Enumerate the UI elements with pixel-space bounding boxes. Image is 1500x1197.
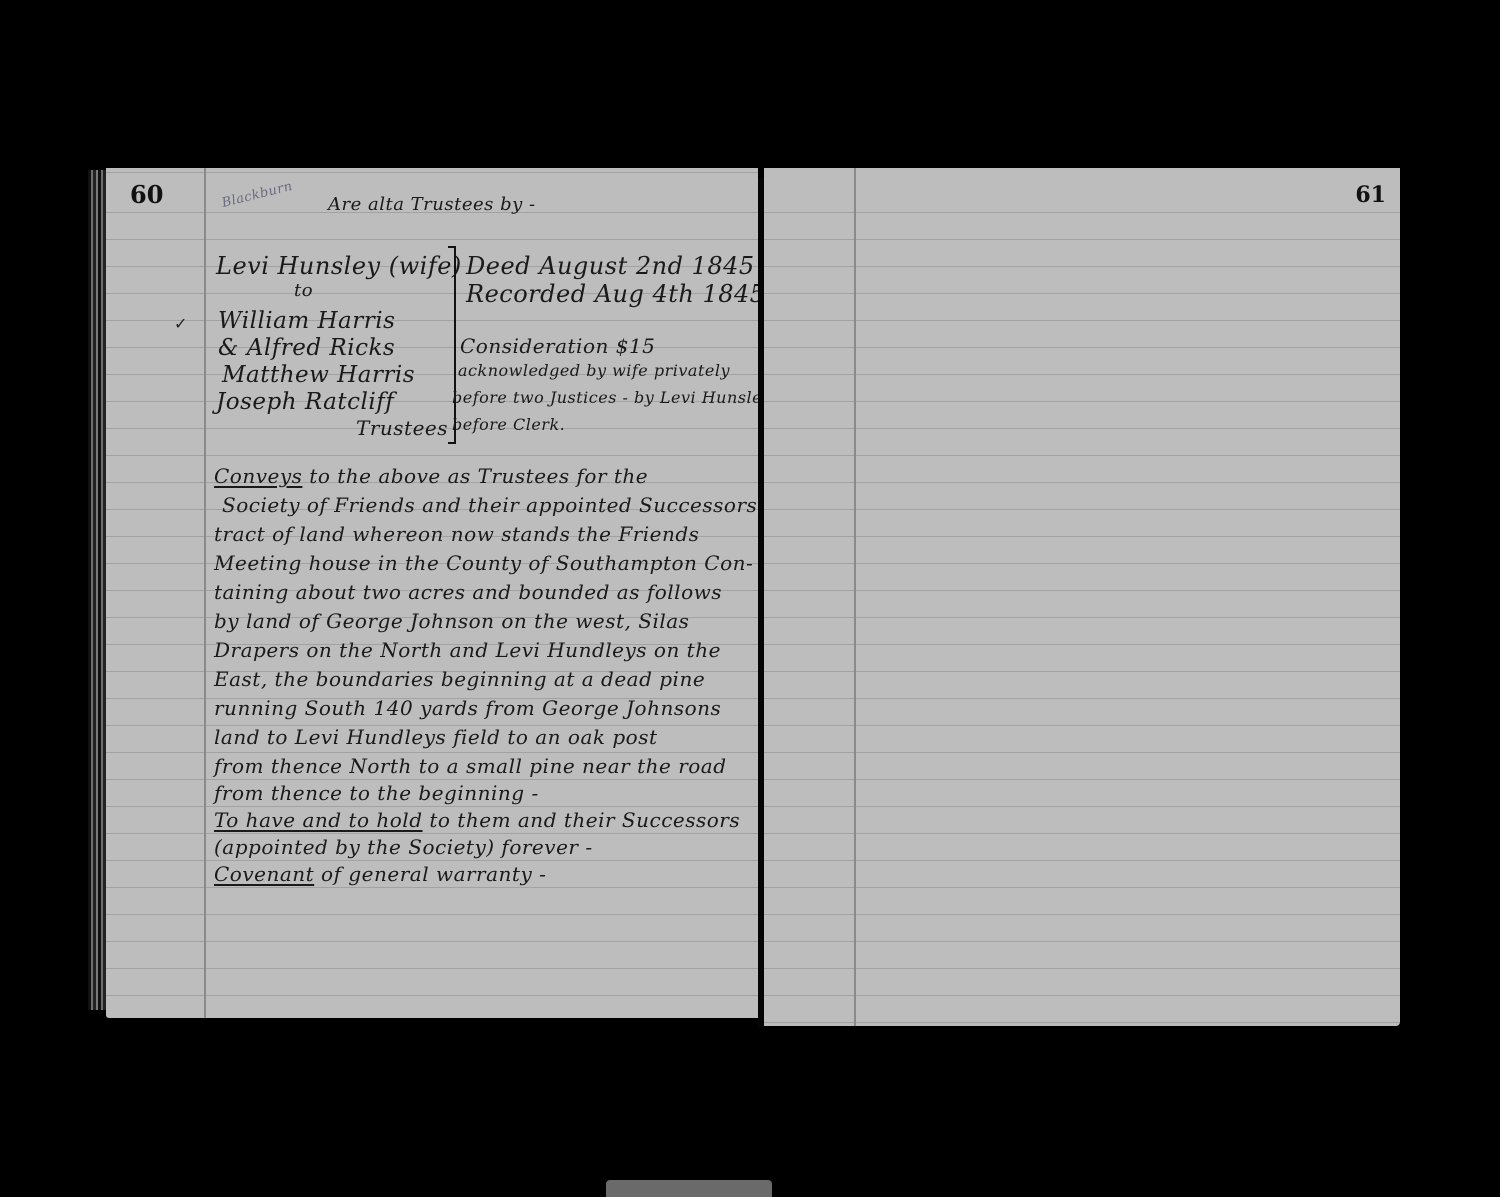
header-note: Are alta Trustees by - (328, 194, 536, 215)
body-line: Conveys to the above as Trustees for the (214, 464, 648, 488)
body-line: running South 140 yards from George John… (214, 696, 721, 720)
body-line: Meeting house in the County of Southampt… (214, 551, 753, 575)
body-line: (appointed by the Society) forever - (214, 835, 593, 859)
grantee-role: Trustees (356, 416, 448, 440)
party-connector: to (294, 280, 313, 301)
body-line: Society of Friends and their appointed S… (222, 493, 757, 517)
right-margin-rule (854, 168, 856, 1026)
body-line: taining about two acres and bounded as f… (214, 580, 722, 604)
film-scrap-artifact (606, 1180, 772, 1197)
right-page: 61 (764, 168, 1400, 1026)
body-lead: Conveys (214, 464, 302, 488)
body-line: Covenant of general warranty - (214, 862, 546, 886)
pencil-note: Blackburn (220, 179, 294, 211)
body-line: from thence North to a small pine near t… (214, 754, 727, 778)
page-number-right: 61 (1355, 182, 1386, 208)
body-line: Drapers on the North and Levi Hundleys o… (214, 638, 721, 662)
acknowledgment-line: before two Justices - by Levi Hunsley (452, 388, 772, 407)
grantor-name: Levi Hunsley (wife) (216, 252, 462, 280)
open-ledger-book: 60 Blackburn Are alta Trustees by - Levi… (88, 168, 1400, 1030)
body-lead: To have and to hold (214, 808, 423, 832)
acknowledgment-line: before Clerk. (452, 415, 565, 434)
left-page: 60 Blackburn Are alta Trustees by - Levi… (106, 168, 758, 1018)
grantee-name: & Alfred Ricks (218, 335, 395, 361)
body-line: from thence to the beginning - (214, 781, 539, 805)
recorded-date: Recorded Aug 4th 1845 (466, 280, 766, 308)
page-number-left: 60 (130, 180, 163, 209)
book-binding-edge (88, 170, 108, 1010)
grantee-name: William Harris (218, 308, 395, 334)
body-line: land to Levi Hundleys field to an oak po… (214, 725, 658, 749)
consideration-amount: Consideration $15 (460, 334, 655, 358)
body-line: tract of land whereon now stands the Fri… (214, 522, 699, 546)
check-mark-icon: ✓ (174, 314, 187, 333)
left-margin-rule (204, 168, 206, 1018)
grantee-name: Joseph Ratcliff (216, 389, 394, 415)
body-line: To have and to hold to them and their Su… (214, 808, 740, 832)
body-lead: Covenant (214, 862, 314, 886)
deed-date: Deed August 2nd 1845 (466, 252, 755, 280)
body-line: by land of George Johnson on the west, S… (214, 609, 689, 633)
grantee-name: Matthew Harris (222, 362, 415, 388)
body-line: East, the boundaries beginning at a dead… (214, 667, 705, 691)
acknowledgment-line: acknowledged by wife privately (458, 361, 730, 380)
